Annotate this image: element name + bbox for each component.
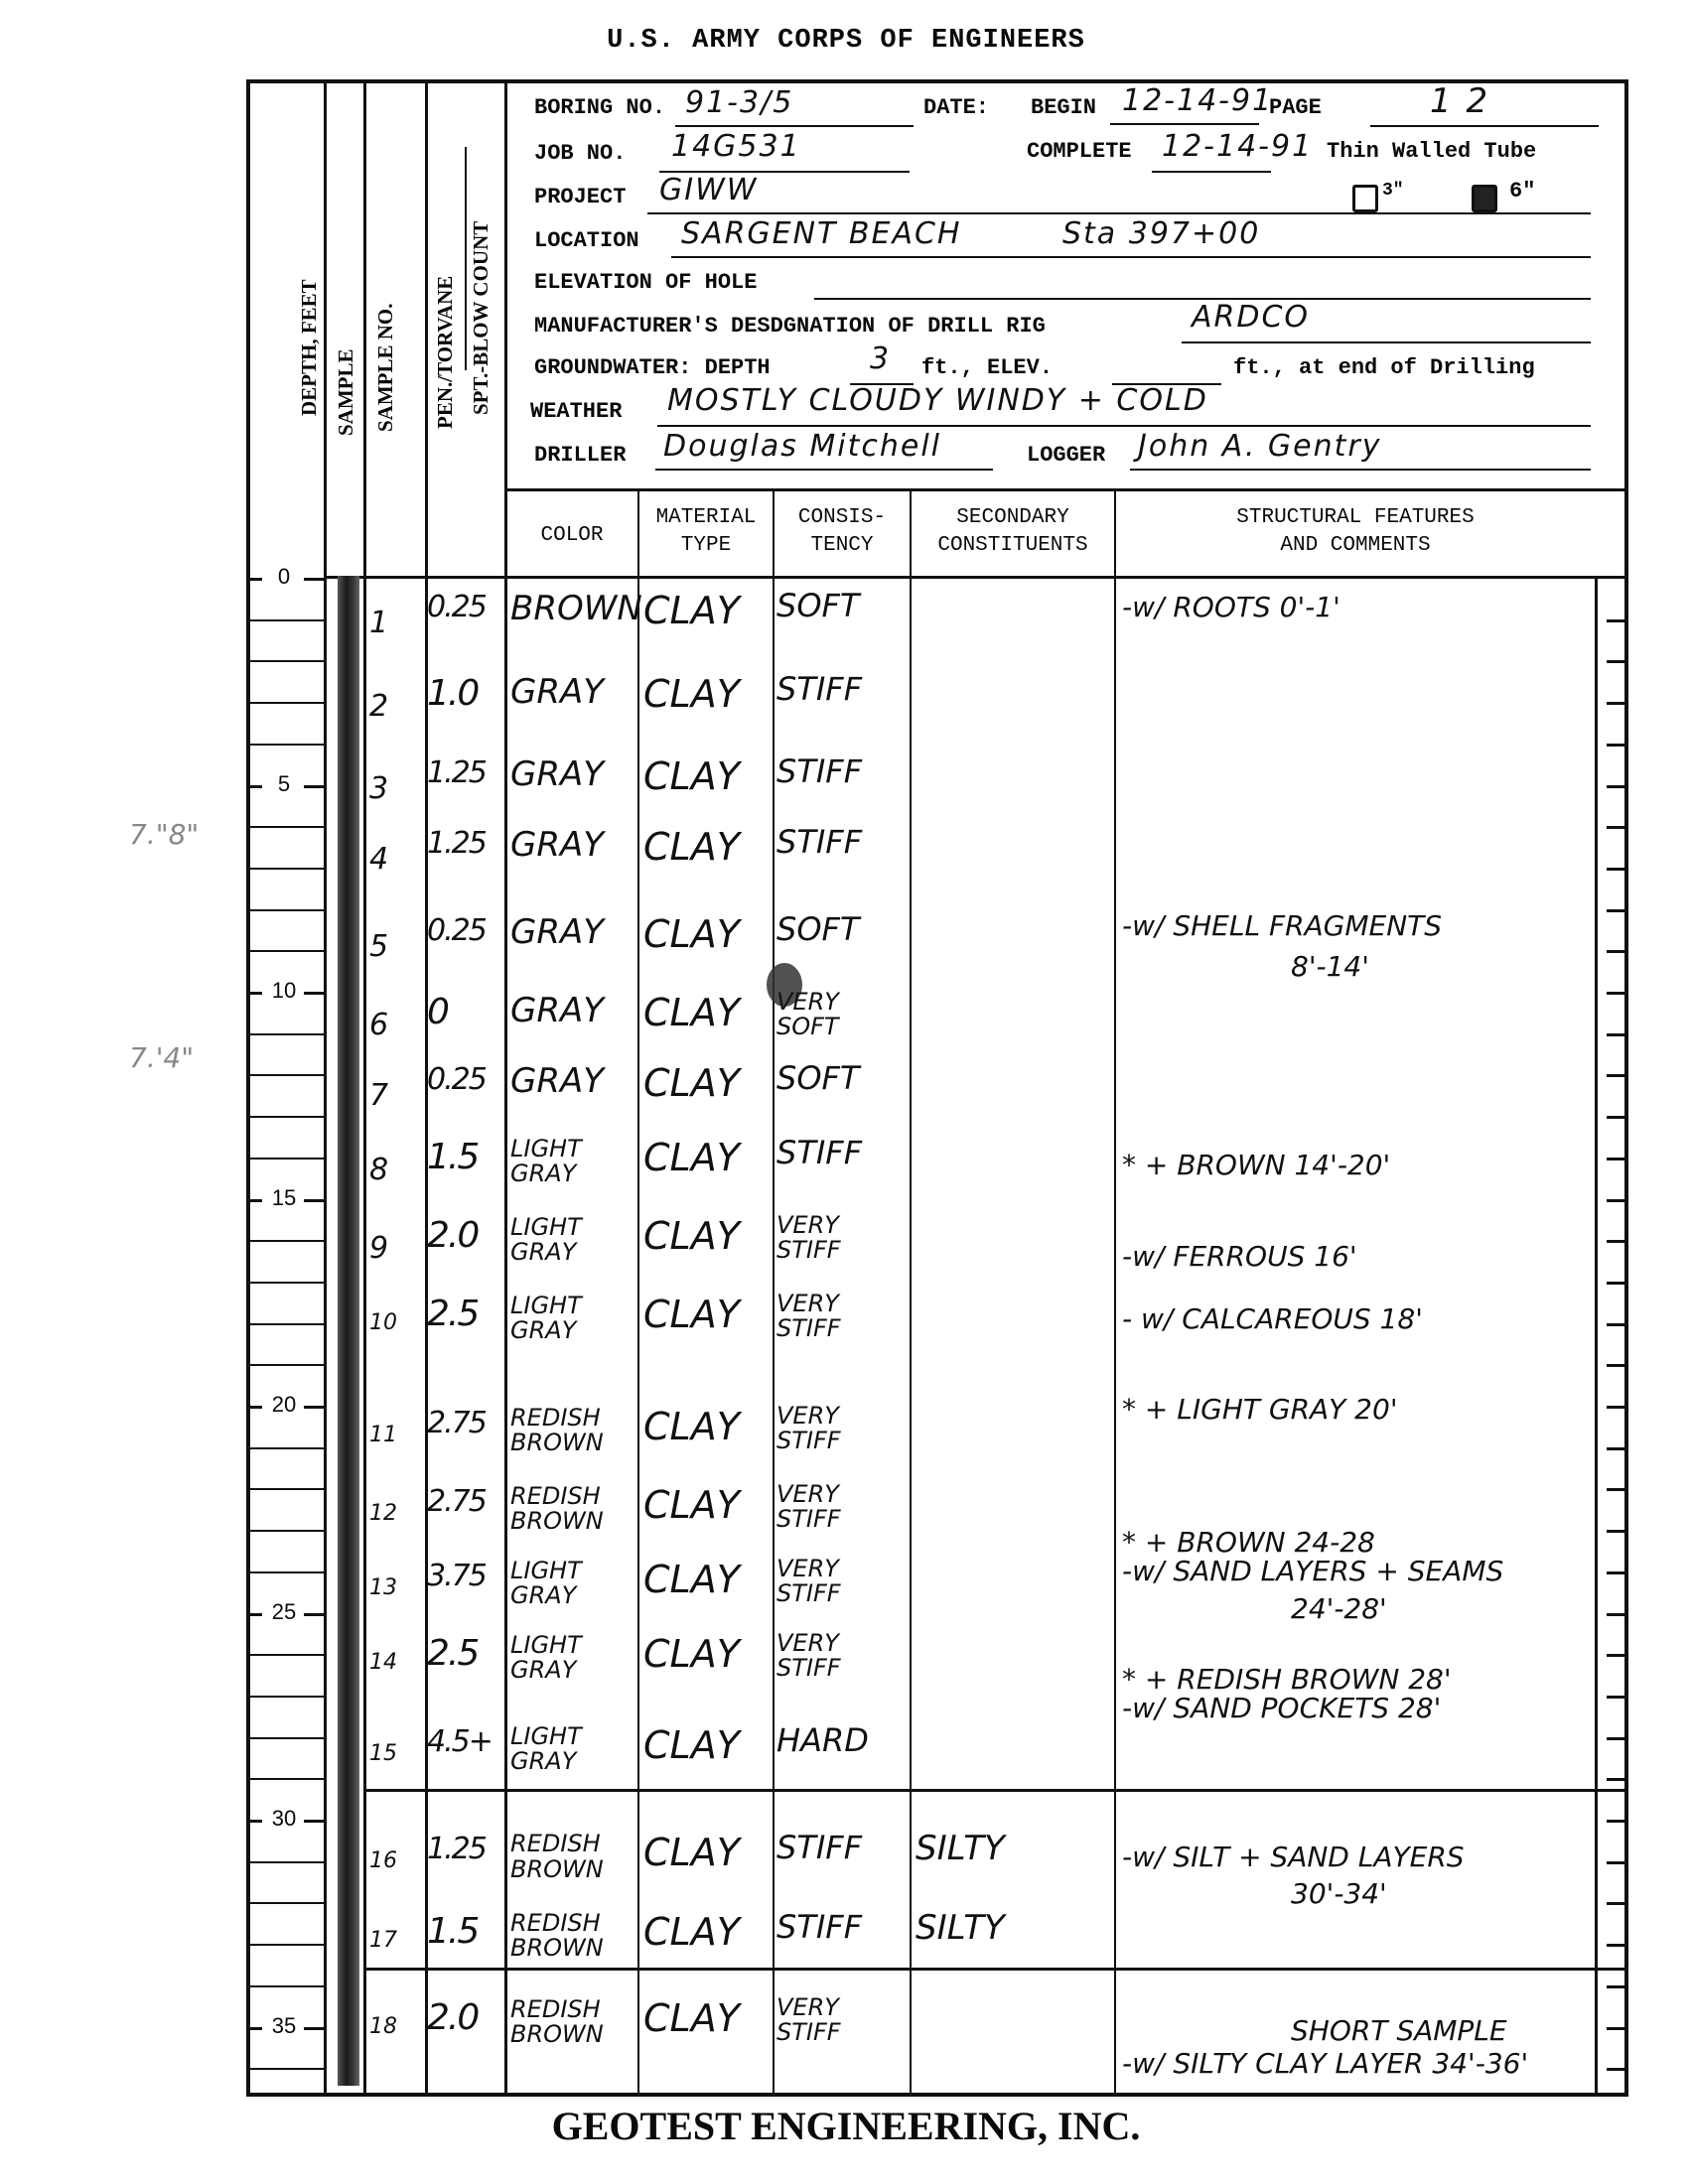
pen-torvane-value: 1.0 [427,675,478,713]
right-depth-tick [1607,702,1628,705]
right-depth-tick [1607,1199,1628,1202]
project-label: PROJECT [534,185,626,209]
groundwater-label: GROUNDWATER: DEPTH [534,355,771,380]
right-depth-tick [1607,1033,1628,1036]
material-value: CLAY [643,1834,740,1873]
sample-core-shading [338,576,359,2086]
structural-comment: -w/ SILT + SAND LAYERS [1122,1841,1465,1873]
material-value: CLAY [643,828,740,868]
structural-comment: -w/ FERROUS 16' [1122,1240,1357,1273]
divider-color-material [637,488,639,2097]
right-depth-tick [1607,1530,1628,1533]
page-value[interactable]: 1 2 [1430,81,1489,121]
consistency-value: SOFT [776,590,908,623]
material-value: CLAY [643,1217,740,1257]
right-depth-tick [1607,1902,1628,1905]
tube-3in-label: 3" [1382,181,1404,201]
logger-label: LOGGER [1027,443,1105,468]
depth-tick-major [304,2027,324,2030]
material-value: CLAY [643,757,740,797]
right-depth-tick [1607,1323,1628,1326]
right-depth-tick [1607,1364,1628,1367]
right-depth-tick [1607,1116,1628,1119]
job-no-value[interactable]: 14G531 [671,129,801,164]
pen-torvane-header: PEN./TORVANE [433,238,458,467]
depth-tick-minor [248,1488,324,1490]
consistency-value: VERY STIFF [776,1631,908,1681]
material-value: CLAY [643,1635,740,1675]
boundary-30ft [363,1789,1628,1792]
depth-tick-major [246,1613,262,1616]
secondary-constituent-value: SILTY [916,1832,1005,1867]
depth-tick-minor [248,826,324,828]
structural-comment: 24'-28' [1291,1592,1387,1625]
depth-label: 15 [264,1185,304,1211]
color-value: REDISH BROWN [510,1911,637,1961]
project-value[interactable]: GIWW [659,173,758,207]
pen-torvane-value: 3.75 [427,1561,486,1592]
col-consistency-header: CONSIS-TENCY [775,504,910,560]
structural-comment: -w/ SHELL FRAGMENTS [1122,909,1442,942]
driller-label: DRILLER [534,443,626,468]
consistency-value: STIFF [776,1911,908,1945]
depth-tick-minor [248,909,324,911]
depth-tick-minor [248,2068,324,2070]
depth-tick-major [304,992,324,995]
sample-number: 2 [369,691,388,723]
depth-tick-minor [248,1530,324,1532]
depth-tick-minor [248,1902,324,1904]
color-value: LIGHT GRAY [510,1724,637,1774]
color-value: GRAY [510,675,637,711]
right-depth-tick [1607,2068,1628,2071]
col-material-header: MATERIALTYPE [639,504,773,560]
pen-torvane-value: 2.0 [427,1217,478,1255]
sample-number: 13 [369,1576,397,1599]
sample-no-header: SAMPLE NO. [373,268,398,467]
depth-tick-minor [248,1696,324,1698]
material-value: CLAY [643,1064,740,1104]
divider-material-consistency [773,488,775,2097]
depth-label: 30 [264,1806,304,1832]
right-depth-tick [1607,2027,1628,2030]
color-value: GRAY [510,757,637,793]
material-value: CLAY [643,1561,740,1600]
location-value[interactable]: SARGENT BEACH [681,216,961,251]
color-value: REDISH BROWN [510,1832,637,1881]
drill-rig-label: MANUFACTURER'S DESDGNATION OF DRILL RIG [534,314,1046,339]
station-value[interactable]: Sta 397+00 [1062,216,1260,251]
depth-tick-minor [248,1944,324,1946]
pen-torvane-value: 2.0 [427,1999,478,2037]
consistency-value: VERY STIFF [776,1404,908,1453]
right-depth-tick [1607,785,1628,788]
sample-number: 7 [369,1080,388,1112]
right-depth-tick [1607,909,1628,912]
pen-torvane-value: 2.75 [427,1408,486,1439]
drill-rig-value[interactable]: ARDCO [1192,300,1310,335]
pen-torvane-value: 2.5 [427,1635,478,1673]
sample-number: 5 [369,931,388,963]
sample-number: 16 [369,1849,397,1872]
structural-comment: * + BROWN 14'-20' [1122,1149,1390,1181]
right-depth-tick [1607,1820,1628,1823]
tube-6in-label: 6" [1509,179,1535,204]
depth-tick-major [246,1406,262,1409]
agency-title: U.S. ARMY CORPS OF ENGINEERS [0,26,1692,56]
pen-torvane-value: 4.5+ [427,1726,492,1758]
depth-label: 20 [264,1392,304,1418]
page-label: PAGE [1269,95,1322,120]
color-value: REDISH BROWN [510,1484,637,1534]
depth-tick-minor [248,1323,324,1325]
right-depth-tick [1607,619,1628,622]
structural-comment: - w/ CALCAREOUS 18' [1122,1302,1423,1335]
color-value: REDISH BROWN [510,1997,637,2047]
divider-pen-body [504,79,507,2097]
color-value: BROWN [510,592,637,627]
depth-tick-major [246,785,262,788]
complete-date-value[interactable]: 12-14-91 [1162,129,1313,164]
depth-tick-minor [248,868,324,870]
pen-spt-divider [465,147,467,370]
material-value: CLAY [643,1999,740,2039]
structural-comment: -w/ SILTY CLAY LAYER 34'-36' [1122,2047,1528,2080]
structural-comment: 30'-34' [1291,1877,1387,1910]
color-value: LIGHT GRAY [510,1215,637,1265]
pen-torvane-value: 1.25 [427,828,486,860]
sample-number: 10 [369,1311,397,1334]
depth-tick-minor [248,1778,324,1780]
right-depth-tick [1607,1861,1628,1864]
depth-tick-major [246,1199,262,1202]
depth-tick-minor [248,1074,324,1076]
col-secondary-header: SECONDARYCONSTITUENTS [912,504,1114,560]
color-value: LIGHT GRAY [510,1559,637,1608]
job-no-label: JOB NO. [534,141,626,166]
divider-depth-sample [324,79,327,2097]
boring-no-label: BORING NO. [534,95,665,120]
complete-label: COMPLETE [1027,139,1132,164]
right-depth-tick [1607,1240,1628,1243]
consistency-value: STIFF [776,1137,908,1170]
depth-label: 5 [264,771,304,797]
right-depth-tick [1607,1074,1628,1077]
groundwater-depth-value[interactable]: 3 [870,341,891,376]
pen-torvane-value: 1.25 [427,757,486,789]
depth-tick-major [304,1406,324,1409]
pen-torvane-value: 2.75 [427,1486,486,1518]
consistency-value: STIFF [776,1832,908,1865]
color-value: LIGHT GRAY [510,1137,637,1186]
color-value: GRAY [510,828,637,864]
secondary-constituent-value: SILTY [916,1911,1005,1947]
sample-number: 3 [369,773,388,805]
structural-comment: -w/ SAND POCKETS 28' [1122,1692,1441,1724]
sample-number: 11 [369,1424,397,1446]
driller-value[interactable]: Douglas Mitchell [663,429,941,464]
elevation-label: ELEVATION OF HOLE [534,270,757,295]
depth-tick-minor [248,1654,324,1656]
depth-tick-major [304,1820,324,1823]
consistency-value: VERY STIFF [776,1482,908,1532]
consistency-value: STIFF [776,673,908,707]
depth-tick-minor [248,1364,324,1366]
right-depth-tick [1607,1406,1628,1409]
right-depth-tick [1607,1613,1628,1616]
depth-tick-minor [248,744,324,746]
boundary-34ft [363,1968,1628,1971]
sample-number: 4 [369,844,388,876]
depth-tick-minor [248,619,324,621]
sample-number: 8 [369,1155,388,1186]
depth-label: 10 [264,978,304,1004]
depth-tick-minor [248,1737,324,1739]
right-depth-tick [1607,1944,1628,1947]
right-depth-tick [1607,744,1628,747]
margin-note: 7.'4" [129,1041,194,1074]
depth-label: 25 [264,1599,304,1625]
material-value: CLAY [643,1486,740,1526]
material-value: CLAY [643,1139,740,1178]
depth-tick-minor [248,1116,324,1118]
color-value: GRAY [510,994,637,1029]
depth-label: 35 [264,2013,304,2039]
material-value: CLAY [643,1296,740,1335]
pen-torvane-value: 1.25 [427,1834,486,1865]
right-depth-tick [1607,1985,1628,1988]
tube-3in-checkbox[interactable] [1352,185,1378,212]
depth-tick-major [246,578,262,581]
pen-torvane-value: 0.25 [427,1064,486,1096]
divider-comments-ticks [1595,576,1598,2097]
right-depth-tick [1607,1654,1628,1657]
color-value: GRAY [510,915,637,951]
structural-comment: 8'-14' [1291,950,1369,983]
depth-tick-minor [248,1447,324,1449]
color-value: GRAY [510,1064,637,1100]
right-depth-tick [1607,660,1628,663]
divider-consistency-secondary [910,488,912,2097]
structural-comment: * + LIGHT GRAY 20' [1122,1393,1398,1426]
depth-tick-minor [248,1033,324,1035]
material-value: CLAY [643,1408,740,1447]
sample-number: 12 [369,1502,397,1525]
column-header-divider [326,576,1628,579]
pen-torvane-value: 2.5 [427,1296,478,1333]
col-color-header: COLOR [506,522,637,550]
material-value: CLAY [643,1726,740,1766]
company-footer: GEOTEST ENGINEERING, INC. [0,2103,1692,2149]
depth-tick-major [304,578,324,581]
weather-label: WEATHER [530,399,622,424]
structural-comment: * + BROWN 24-28 [1122,1526,1375,1559]
right-depth-tick [1607,1282,1628,1285]
col-structural-header: STRUCTURAL FEATURESAND COMMENTS [1116,504,1595,560]
depth-label: 0 [264,564,304,590]
sample-number: 15 [369,1742,397,1765]
structural-comment: SHORT SAMPLE [1291,2014,1507,2047]
divider-secondary-comments [1114,488,1116,2097]
consistency-value: SOFT [776,913,908,947]
divider-sample-sampleno [363,79,366,2097]
consistency-value: VERY STIFF [776,1292,908,1341]
tube-label: Thin Walled Tube [1327,139,1536,164]
right-depth-tick [1607,1696,1628,1699]
depth-tick-major [304,1199,324,1202]
depth-tick-minor [248,950,324,952]
pen-torvane-value: 0 [427,994,448,1031]
boring-no-value[interactable]: 91-3/5 [685,85,793,120]
right-depth-tick [1607,826,1628,829]
depth-tick-minor [248,1240,324,1242]
depth-tick-major [304,1613,324,1616]
right-depth-tick [1607,1158,1628,1160]
depth-tick-minor [248,1571,324,1573]
tube-6in-checkbox[interactable] [1472,185,1497,212]
depth-tick-minor [248,702,324,704]
sample-header: SAMPLE [334,318,358,467]
consistency-value: VERY STIFF [776,1995,908,2045]
weather-value[interactable]: MOSTLY CLOUDY WINDY + COLD [667,383,1208,418]
right-depth-tick [1607,1571,1628,1574]
pen-header-divider [437,576,504,578]
material-value: CLAY [643,994,740,1033]
structural-comment: -w/ SAND LAYERS + SEAMS [1122,1555,1503,1587]
color-value: REDISH BROWN [510,1406,637,1455]
location-label: LOCATION [534,228,639,253]
consistency-value: SOFT [776,1062,908,1096]
pen-torvane-value: 1.5 [427,1913,478,1951]
depth-tick-minor [248,1158,324,1160]
color-value: LIGHT GRAY [510,1633,637,1683]
structural-comment: * + REDISH BROWN 28' [1122,1663,1452,1696]
material-value: CLAY [643,1913,740,1953]
pen-torvane-value: 0.25 [427,915,486,947]
material-value: CLAY [643,592,740,631]
depth-tick-major [304,785,324,788]
margin-note: 7."8" [129,818,199,851]
depth-tick-major [246,1820,262,1823]
date-label: DATE: [923,95,989,120]
consistency-value: VERY STIFF [776,1213,908,1263]
consistency-value: STIFF [776,826,908,860]
right-depth-tick [1607,950,1628,953]
material-value: CLAY [643,675,740,715]
color-value: LIGHT GRAY [510,1294,637,1343]
depth-tick-minor [248,1985,324,1987]
spt-blow-count-header: SPT.-BLOW COUNT [469,169,493,467]
ft-elev-label: ft., ELEV. [921,355,1053,380]
sample-number: 1 [369,608,388,639]
consistency-value: VERY STIFF [776,1557,908,1606]
right-depth-tick [1607,1778,1628,1781]
right-depth-tick [1607,1737,1628,1740]
header-divider [504,488,1628,491]
right-depth-tick [1607,1488,1628,1491]
sample-number: 6 [369,1010,388,1041]
right-depth-tick [1607,992,1628,995]
begin-date-value[interactable]: 12-14-91 [1122,83,1273,118]
begin-label: BEGIN [1031,95,1096,120]
depth-header: DEPTH, FEET [294,228,324,467]
pen-torvane-value: 0.25 [427,592,486,623]
logger-value[interactable]: John A. Gentry [1138,429,1382,464]
right-depth-tick [1607,1447,1628,1450]
depth-tick-major [246,992,262,995]
sample-number: 17 [369,1929,397,1952]
material-value: CLAY [643,915,740,955]
sample-number: 14 [369,1651,397,1674]
depth-tick-minor [248,1282,324,1284]
consistency-value: STIFF [776,755,908,789]
depth-tick-major [246,2027,262,2030]
sample-number: 9 [369,1233,388,1265]
consistency-value: HARD [776,1724,908,1758]
consistency-value: VERY SOFT [776,990,908,1039]
pen-torvane-value: 1.5 [427,1139,478,1176]
depth-tick-minor [248,1861,324,1863]
structural-comment: -w/ ROOTS 0'-1' [1122,591,1340,623]
end-of-drilling-label: ft., at end of Drilling [1233,355,1535,380]
depth-tick-minor [248,660,324,662]
right-depth-tick [1607,868,1628,871]
sample-number: 18 [369,2015,397,2038]
